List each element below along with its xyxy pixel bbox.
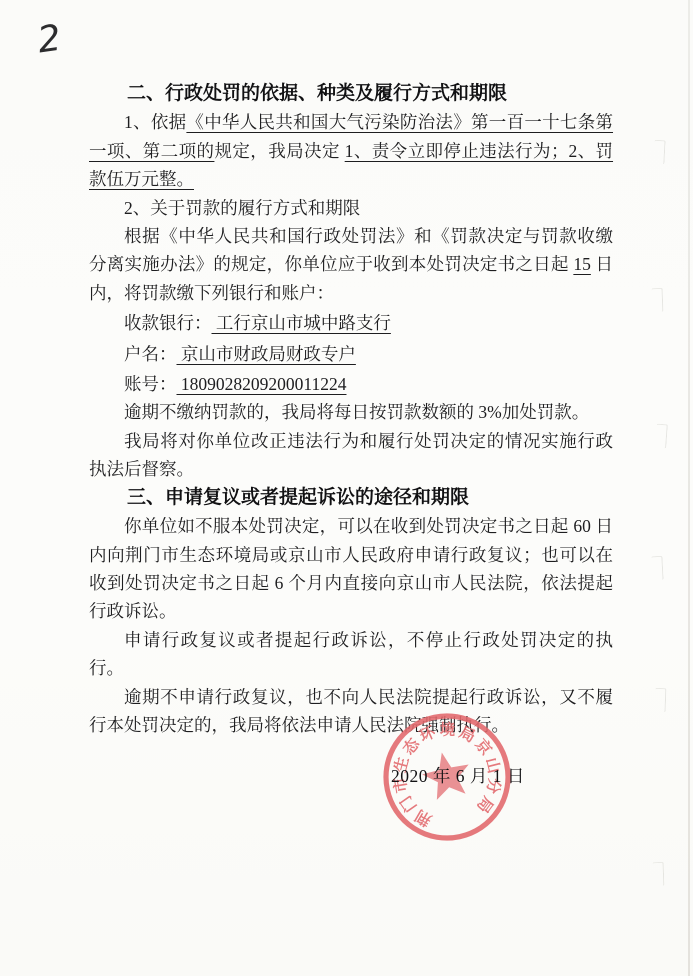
underlined-text: 15 bbox=[573, 254, 591, 274]
enforcement-paragraph: 逾期不申请行政复议，也不向人民法院提起行政诉讼，又不履行本处罚决定的，我局将依法… bbox=[89, 683, 613, 740]
payment-method-subheading: 2、关于罚款的履行方式和期限 bbox=[89, 194, 613, 222]
payment-deadline-paragraph: 根据《中华人民共和国行政处罚法》和《罚款决定与罚款收缴分离实施办法》的规定，你单… bbox=[89, 222, 613, 307]
account-name-line: 户名： 京山市财政局财政专户 bbox=[89, 340, 613, 368]
handwritten-page-number: 2 bbox=[36, 21, 64, 60]
late-payment-penalty-paragraph: 逾期不缴纳罚款的，我局将每日按罚款数额的 3%加处罚款。 bbox=[89, 398, 613, 426]
section-2-heading: 二、行政处罚的依据、种类及履行方式和期限 bbox=[89, 80, 613, 108]
text: 你单位如不服本处罚决定，可以在收到处罚决定书之日起 60 日内向荆门市生态环境局… bbox=[89, 516, 613, 621]
text: 逾期不申请行政复议，也不向人民法院提起行政诉讼，又不履行本处罚决定的，我局将依法… bbox=[89, 687, 613, 735]
text: 1、依据 bbox=[124, 112, 186, 132]
section-3-heading: 三、申请复议或者提起诉讼的途径和期限 bbox=[89, 484, 613, 512]
document-body: 二、行政处罚的依据、种类及履行方式和期限 1、依据《中华人民共和国大气污染防治法… bbox=[89, 80, 613, 739]
text: 户名： bbox=[124, 344, 177, 364]
svg-text:局: 局 bbox=[456, 723, 478, 746]
supervision-paragraph: 我局将对你单位改正违法行为和履行处罚决定的情况实施行政执法后督察。 bbox=[89, 427, 613, 484]
account-number-line: 账号： 1809028209200011224 bbox=[89, 370, 613, 398]
text: 申请行政复议或者提起行政诉讼，不停止行政处罚决定的执行。 bbox=[89, 630, 613, 678]
svg-text:环: 环 bbox=[417, 723, 439, 746]
svg-text:境: 境 bbox=[440, 720, 456, 739]
text: 我局将对你单位改正违法行为和履行处罚决定的情况实施行政执法后督察。 bbox=[89, 431, 613, 479]
text: 规定，我局决定 bbox=[214, 141, 344, 161]
text: 账号： bbox=[124, 374, 177, 394]
scan-artifact bbox=[653, 862, 665, 886]
scan-artifact bbox=[651, 556, 663, 581]
receiving-bank-line: 收款银行： 工行京山市城中路支行 bbox=[89, 309, 613, 337]
scan-artifact-edge-line bbox=[688, 0, 690, 976]
scan-artifact bbox=[653, 140, 665, 165]
no-suspension-paragraph: 申请行政复议或者提起行政诉讼，不停止行政处罚决定的执行。 bbox=[89, 626, 613, 683]
text: 逾期不缴纳罚款的，我局将每日按罚款数额的 3%加处罚款。 bbox=[124, 402, 589, 422]
text: 根据《中华人民共和国行政处罚法》和《罚款决定与罚款收缴分离实施办法》的规定，你单… bbox=[89, 226, 613, 274]
decision-date: 2020 年 6 月 1 日 bbox=[391, 763, 525, 788]
text: 收款银行： bbox=[124, 313, 212, 333]
underlined-text: 工行京山市城中路支行 bbox=[212, 313, 391, 333]
scan-artifact bbox=[652, 288, 664, 312]
underlined-text: 京山市财政局财政专户 bbox=[177, 344, 356, 364]
appeal-rights-paragraph: 你单位如不服本处罚决定，可以在收到处罚决定书之日起 60 日内向荆门市生态环境局… bbox=[89, 512, 613, 626]
penalty-basis-paragraph: 1、依据《中华人民共和国大气污染防治法》第一百一十七条第一项、第二项的规定，我局… bbox=[89, 108, 613, 193]
underlined-text: 1809028209200011224 bbox=[177, 374, 347, 394]
scanned-document-page: 2 二、行政处罚的依据、种类及履行方式和期限 1、依据《中华人民共和国大气污染防… bbox=[0, 0, 693, 976]
scan-artifact bbox=[655, 688, 667, 712]
scan-artifact bbox=[655, 424, 668, 449]
text: 2、关于罚款的履行方式和期限 bbox=[124, 198, 360, 218]
